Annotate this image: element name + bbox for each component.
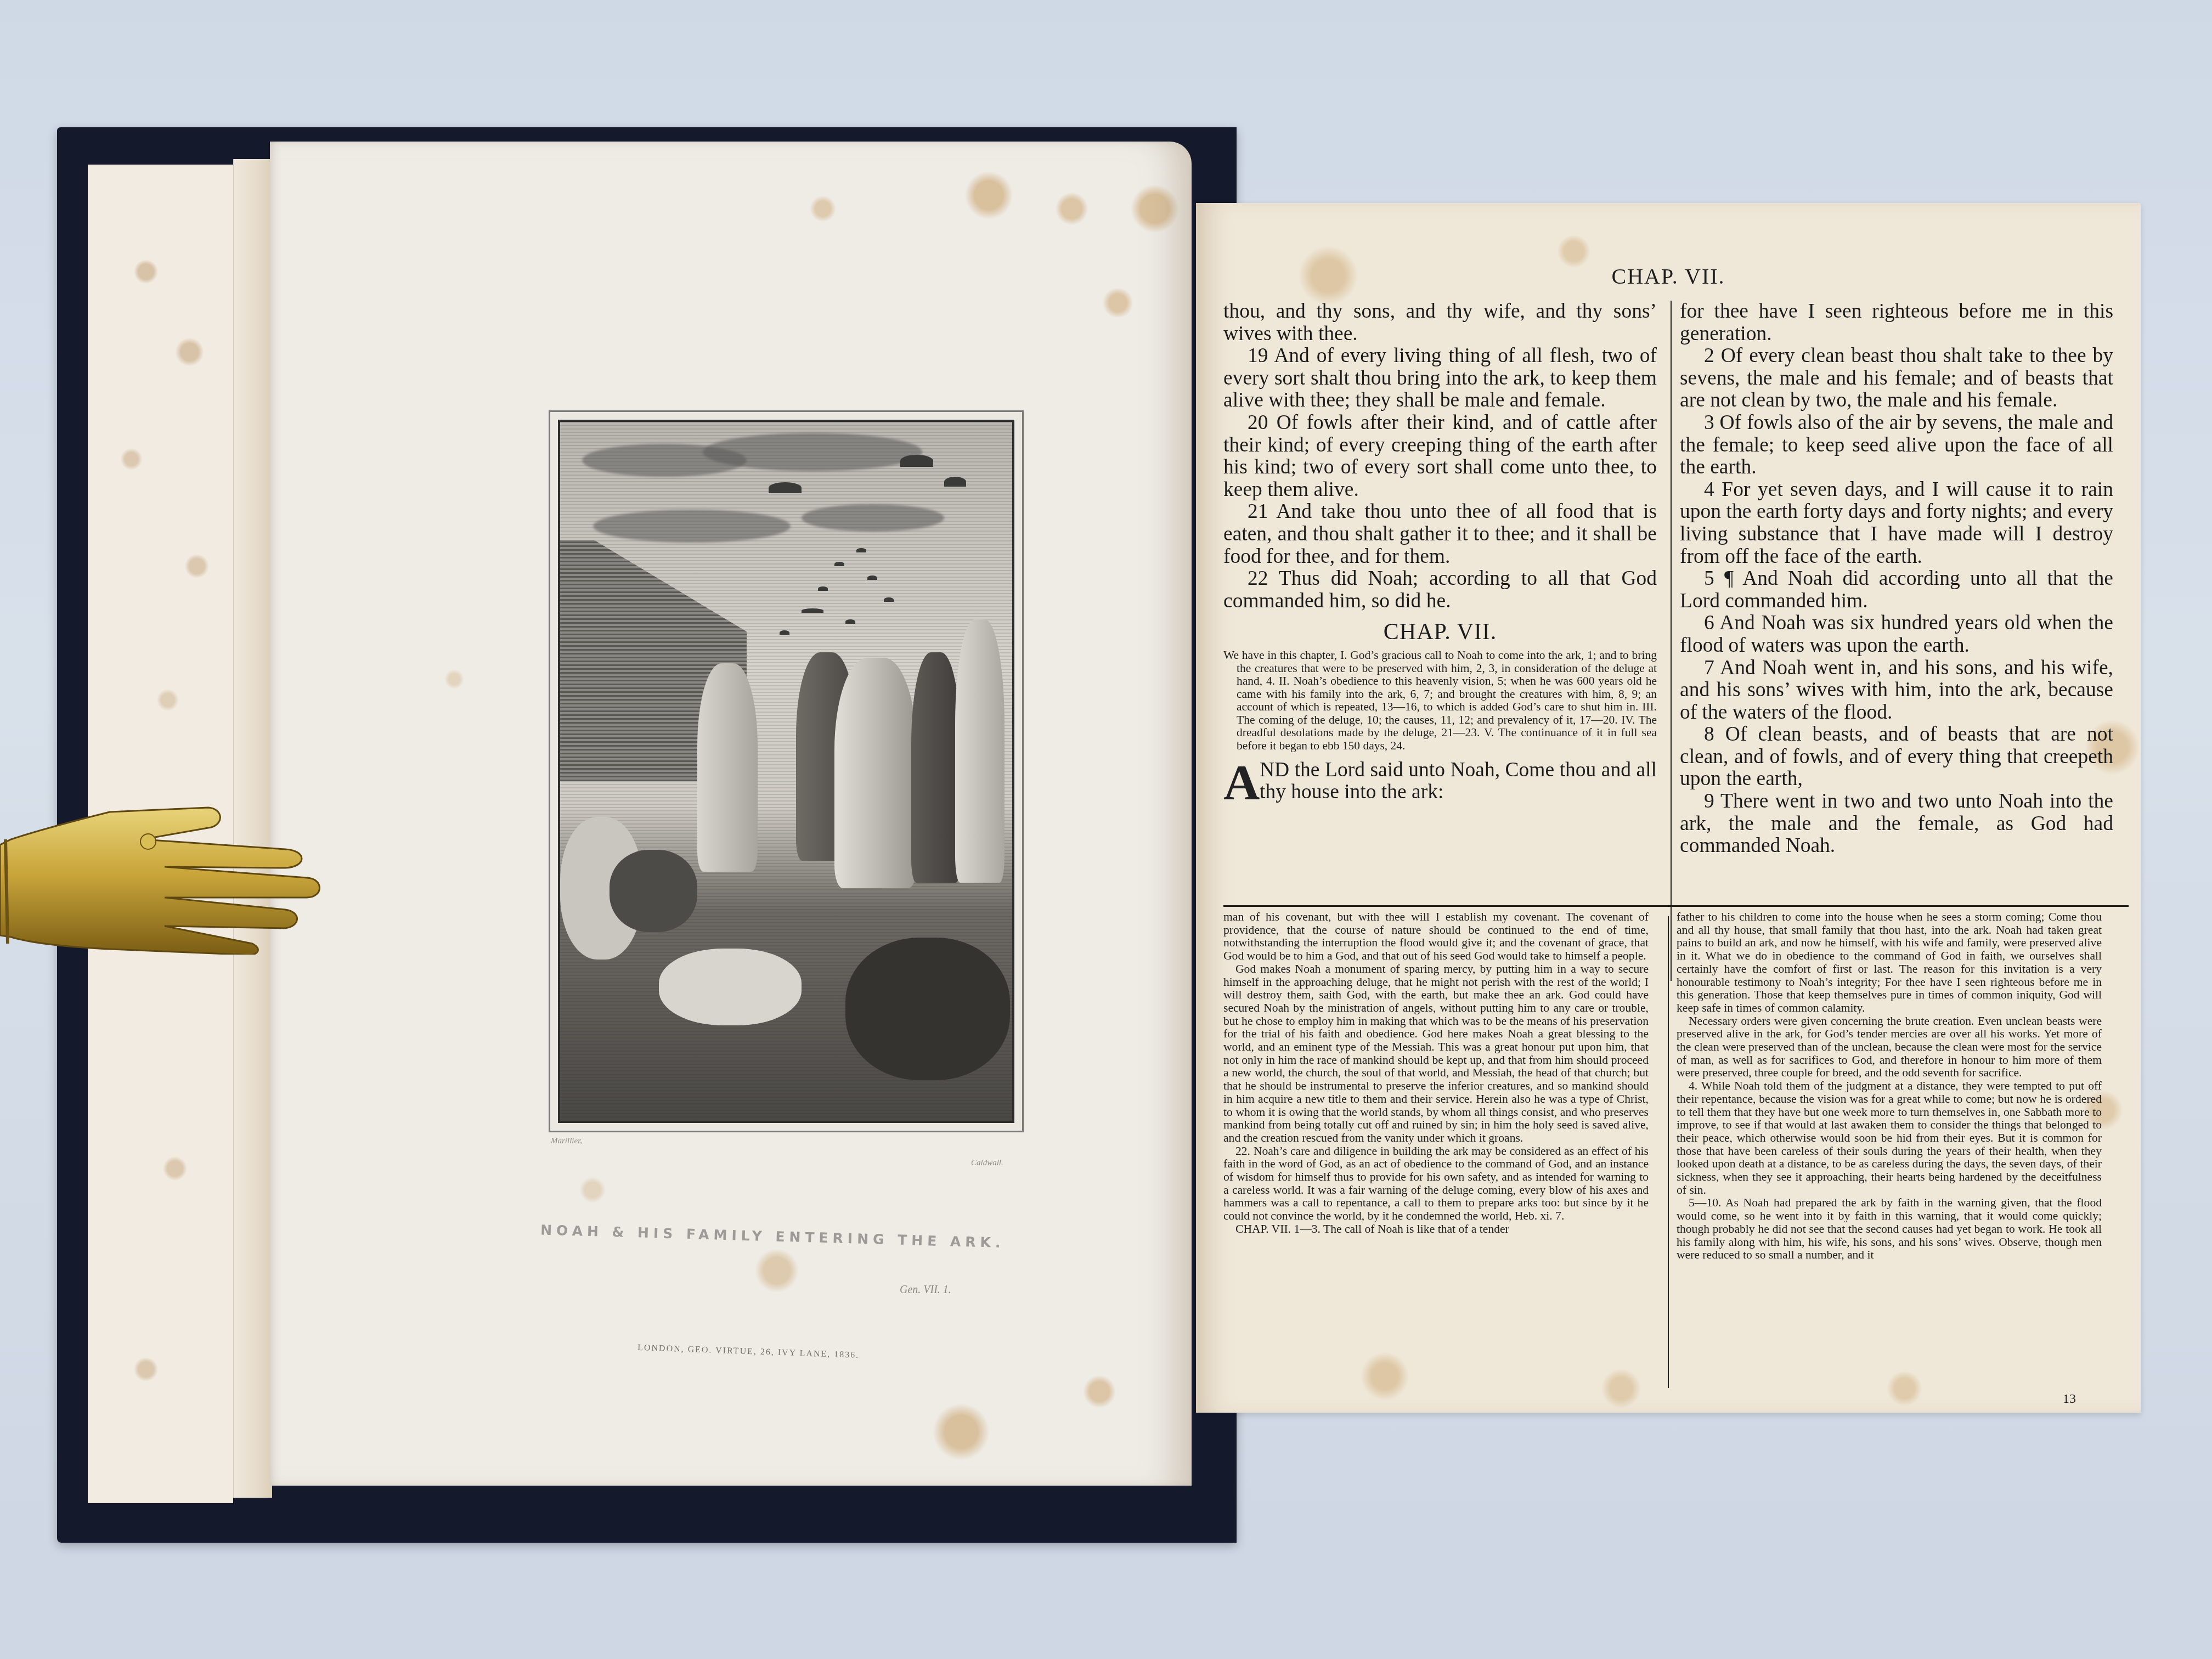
verse: 8 Of clean beasts, and of beasts that ar…: [1680, 724, 2113, 791]
opening-text: ND the Lord said unto Noah, Come thou an…: [1260, 759, 1657, 804]
commentary-column-left: man of his covenant, but with thee will …: [1223, 911, 1649, 1236]
verse: 19 And of every living thing of all fles…: [1223, 345, 1657, 412]
commentary-paragraph: 4. While Noah told them of the judgment …: [1677, 1080, 2102, 1197]
verse: 21 And take thou unto thee of all food t…: [1223, 501, 1657, 568]
chapter-summary: We have in this chapter, I. God’s gracio…: [1223, 649, 1657, 753]
column-rule: [1671, 301, 1672, 981]
text-page: CHAP. VII. thou, and thy sons, and thy w…: [1196, 203, 2141, 1413]
engraving-plate: [549, 410, 1024, 1132]
figure-noah: [834, 658, 917, 888]
verse-column-left: thou, and thy sons, and thy wife, and th…: [1223, 301, 1657, 804]
verse: for thee have I seen righteous before me…: [1680, 301, 2113, 345]
figure-water-bearer: [955, 619, 1005, 883]
commentary-paragraph: 5—10. As Noah had prepared the ark by fa…: [1677, 1197, 2102, 1262]
running-head: CHAP. VII.: [1196, 263, 2141, 289]
figure-young-man: [697, 663, 758, 872]
drop-cap: A: [1223, 760, 1260, 804]
commentary-column-right: father to his children to come into the …: [1677, 911, 2102, 1262]
commentary-paragraph: father to his children to come into the …: [1677, 911, 2102, 1015]
brass-hand-icon[interactable]: [0, 785, 329, 955]
verse: 2 Of every clean beast thou shalt take t…: [1680, 345, 2113, 412]
column-rule: [1668, 916, 1669, 1388]
verse: 7 And Noah went in, and his sons, and hi…: [1680, 657, 2113, 724]
commentary-paragraph: man of his covenant, but with thee will …: [1223, 911, 1649, 963]
verse: thou, and thy sons, and thy wife, and th…: [1223, 301, 1657, 345]
artist-credit: Marillier,: [551, 1137, 582, 1146]
verse: 22 Thus did Noah; according to all that …: [1223, 568, 1657, 612]
chapter-title: CHAP. VII.: [1223, 621, 1657, 644]
lion-illustration: [610, 850, 697, 932]
verse-column-right: for thee have I seen righteous before me…: [1680, 301, 2113, 857]
verse: 20 Of fowls after their kind, and of cat…: [1223, 412, 1657, 501]
commentary-paragraph: God makes Noah a monument of sparing mer…: [1223, 963, 1649, 1145]
greyhound-illustration: [659, 949, 802, 1025]
engraver-credit: Caldwall.: [971, 1159, 1003, 1168]
verse: 6 And Noah was six hundred years old whe…: [1680, 612, 2113, 657]
section-rule: [1223, 905, 2129, 907]
commentary-paragraph: Necessary orders were given concerning t…: [1677, 1015, 2102, 1080]
engraving-noah-entering-ark: [558, 420, 1014, 1123]
commentary-paragraph: CHAP. VII. 1—3. The call of Noah is like…: [1223, 1223, 1649, 1236]
verse: 9 There went in two and two unto Noah in…: [1680, 791, 2113, 857]
commentary-paragraph: 22. Noah’s care and diligence in buildin…: [1223, 1145, 1649, 1223]
verse: 3 Of fowls also of the air by sevens, th…: [1680, 412, 2113, 479]
figure-son: [911, 652, 961, 883]
verse: 5 ¶ And Noah did according unto all that…: [1680, 568, 2113, 612]
chapter-opening: A ND the Lord said unto Noah, Come thou …: [1223, 759, 1657, 804]
page-number: 13: [2063, 1392, 2076, 1407]
verse: 4 For yet seven days, and I will cause i…: [1680, 479, 2113, 568]
plate-reference: Gen. VII. 1.: [900, 1284, 951, 1296]
bear-illustration: [845, 938, 1010, 1080]
